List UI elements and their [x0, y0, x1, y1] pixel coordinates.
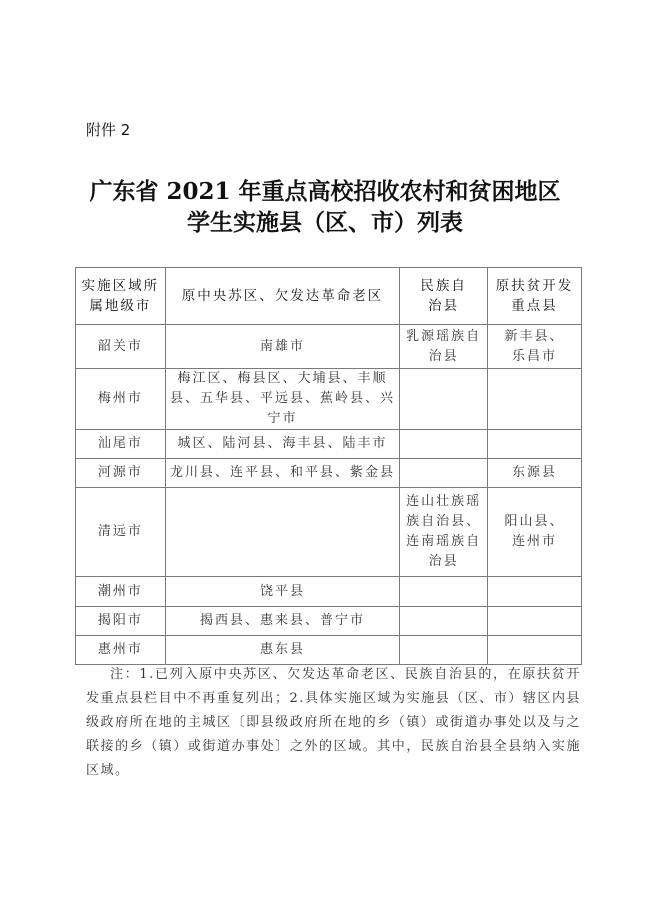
- table-row: 清远市 连山壮族瑶族自治县、连南瑶族自治县 阳山县、连州市: [76, 488, 582, 577]
- cell-poverty-counties: [488, 430, 582, 459]
- cell-poverty-counties: [488, 577, 582, 607]
- cell-revolutionary-areas: 城区、陆河县、海丰县、陆丰市: [165, 430, 399, 459]
- table-row: 惠州市 惠东县: [76, 636, 582, 665]
- cell-city: 梅州市: [76, 369, 166, 430]
- table-row: 汕尾市 城区、陆河县、海丰县、陆丰市: [76, 430, 582, 459]
- cell-ethnic-autonomous: 乳源瑶族自治县: [400, 325, 488, 369]
- cell-revolutionary-areas: 揭西县、惠来县、普宁市: [165, 607, 399, 636]
- cell-ethnic-autonomous: [400, 430, 488, 459]
- cell-ethnic-autonomous: 连山壮族瑶族自治县、连南瑶族自治县: [400, 488, 488, 577]
- cell-poverty-counties: 阳山县、连州市: [488, 488, 582, 577]
- table-row: 河源市 龙川县、连平县、和平县、紫金县 东源县: [76, 459, 582, 488]
- header-revolutionary-areas: 原中央苏区、欠发达革命老区: [165, 268, 399, 325]
- table-row: 揭阳市 揭西县、惠来县、普宁市: [76, 607, 582, 636]
- attachment-label: 附件 2: [86, 119, 130, 140]
- cell-ethnic-autonomous: [400, 369, 488, 430]
- cell-ethnic-autonomous: [400, 577, 488, 607]
- document-title-line1: 广东省 2021 年重点高校招收农村和贫困地区: [60, 176, 590, 208]
- implementation-counties-table: 实施区域所属地级市 原中央苏区、欠发达革命老区 民族自治县 原扶贫开发重点县 韶…: [75, 267, 582, 665]
- table-row: 潮州市 饶平县: [76, 577, 582, 607]
- cell-poverty-counties: 东源县: [488, 459, 582, 488]
- cell-city: 汕尾市: [76, 430, 166, 459]
- cell-ethnic-autonomous: [400, 636, 488, 665]
- cell-city: 惠州市: [76, 636, 166, 665]
- header-poverty-counties: 原扶贫开发重点县: [488, 268, 582, 325]
- cell-poverty-counties: [488, 607, 582, 636]
- cell-revolutionary-areas: 饶平县: [165, 577, 399, 607]
- cell-revolutionary-areas: 梅江区、梅县区、大埔县、丰顺县、五华县、平远县、蕉岭县、兴宁市: [165, 369, 399, 430]
- cell-revolutionary-areas: 龙川县、连平县、和平县、紫金县: [165, 459, 399, 488]
- cell-ethnic-autonomous: [400, 459, 488, 488]
- cell-poverty-counties: 新丰县、乐昌市: [488, 325, 582, 369]
- cell-city: 揭阳市: [76, 607, 166, 636]
- table-row: 梅州市 梅江区、梅县区、大埔县、丰顺县、五华县、平远县、蕉岭县、兴宁市: [76, 369, 582, 430]
- cell-city: 潮州市: [76, 577, 166, 607]
- document-title-line2: 学生实施县（区、市）列表: [60, 207, 590, 239]
- cell-poverty-counties: [488, 636, 582, 665]
- cell-revolutionary-areas: 南雄市: [165, 325, 399, 369]
- table-footnote: 注：1.已列入原中央苏区、欠发达革命老区、民族自治县的，在原扶贫开发重点县栏目中…: [86, 663, 581, 783]
- cell-poverty-counties: [488, 369, 582, 430]
- header-city: 实施区域所属地级市: [76, 268, 166, 325]
- table-row: 韶关市 南雄市 乳源瑶族自治县 新丰县、乐昌市: [76, 325, 582, 369]
- cell-city: 河源市: [76, 459, 166, 488]
- cell-city: 韶关市: [76, 325, 166, 369]
- cell-revolutionary-areas: 惠东县: [165, 636, 399, 665]
- cell-revolutionary-areas: [165, 488, 399, 577]
- cell-ethnic-autonomous: [400, 607, 488, 636]
- table-header-row: 实施区域所属地级市 原中央苏区、欠发达革命老区 民族自治县 原扶贫开发重点县: [76, 268, 582, 325]
- cell-city: 清远市: [76, 488, 166, 577]
- header-ethnic-autonomous: 民族自治县: [400, 268, 488, 325]
